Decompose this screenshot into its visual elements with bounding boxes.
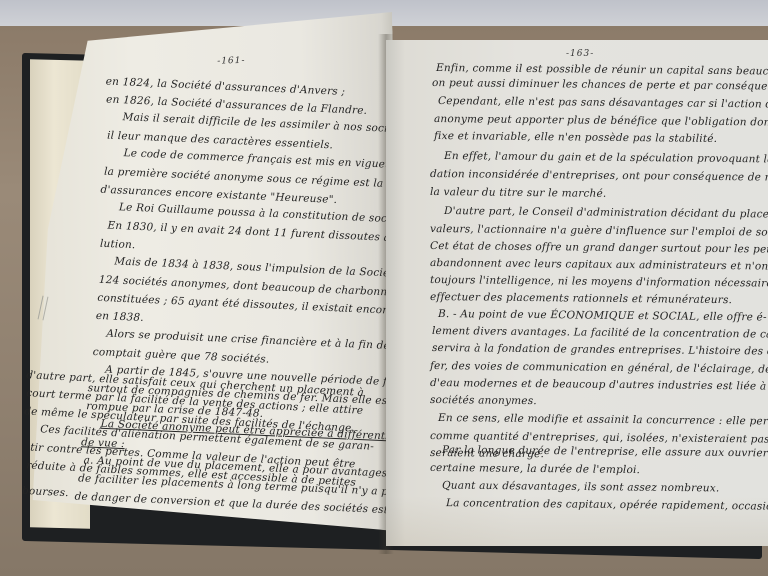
text-line: dation inconsidérée d'entreprises, ont p… (430, 168, 768, 184)
text-line: on peut aussi diminuer les chances de pe… (432, 77, 768, 93)
text-line: D'autre part, le Conseil d'administratio… (444, 205, 768, 221)
text-line: Cependant, elle n'est pas sans désavanta… (438, 95, 768, 111)
page-number: -163- (566, 49, 594, 59)
text-line: fer, des voies de communication en génér… (430, 360, 768, 376)
text-line: En effet, l'amour du gain et de la spécu… (444, 150, 768, 166)
text-line: Enfin, comme il est possible de réunir u… (436, 62, 768, 78)
text-line: certaine mesure, la durée de l'emploi. (430, 462, 640, 476)
text-line: lement divers avantages. La facilité de … (432, 325, 768, 341)
text-line: En ce sens, elle modifie et assainit la … (438, 412, 768, 428)
text-line: la valeur du titre sur le marché. (430, 186, 607, 200)
text-line: Cet état de choses offre un grand danger… (430, 240, 768, 256)
page-number: -161- (217, 56, 246, 67)
text-line: anonyme peut apporter plus de bénéfice q… (434, 113, 768, 129)
text-line: Par la longue durée de l'entreprise, ell… (442, 444, 768, 460)
text-line: abandonnent avec leurs capitaux aux admi… (430, 257, 768, 273)
text-line: Quant aux désavantages, ils sont assez n… (442, 480, 720, 495)
text-line: d'eau modernes et de beaucoup d'autres i… (430, 377, 768, 393)
text-line: La concentration des capitaux, opérée ra… (446, 497, 768, 513)
text-line: valeurs, l'actionnaire n'a guère d'influ… (430, 223, 768, 239)
text-line: lution. (100, 238, 136, 252)
text-line: toujours l'intelligence, ni les moyens d… (430, 274, 768, 290)
text-line: servira à la fondation de grandes entrep… (432, 342, 768, 358)
text-line: à un personnel d'élite. (430, 440, 554, 441)
text-line: bourses. (22, 485, 69, 499)
right-page-lower: Elle donne en outre un meilleur emploi a… (386, 440, 768, 540)
text-line: fixe et invariable, elle n'en possède pa… (434, 130, 717, 145)
text-line: effectuer des placements rationnels et r… (430, 291, 732, 306)
text-line: sociétés anonymes. (430, 394, 537, 407)
left-page-lower: d'autre part, elle satisfait ceux qui ch… (20, 360, 392, 540)
text-line: en 1838. (96, 310, 144, 324)
section-heading-b: B. - Au point de vue ÉCONOMIQUE et SOCIA… (438, 308, 767, 323)
